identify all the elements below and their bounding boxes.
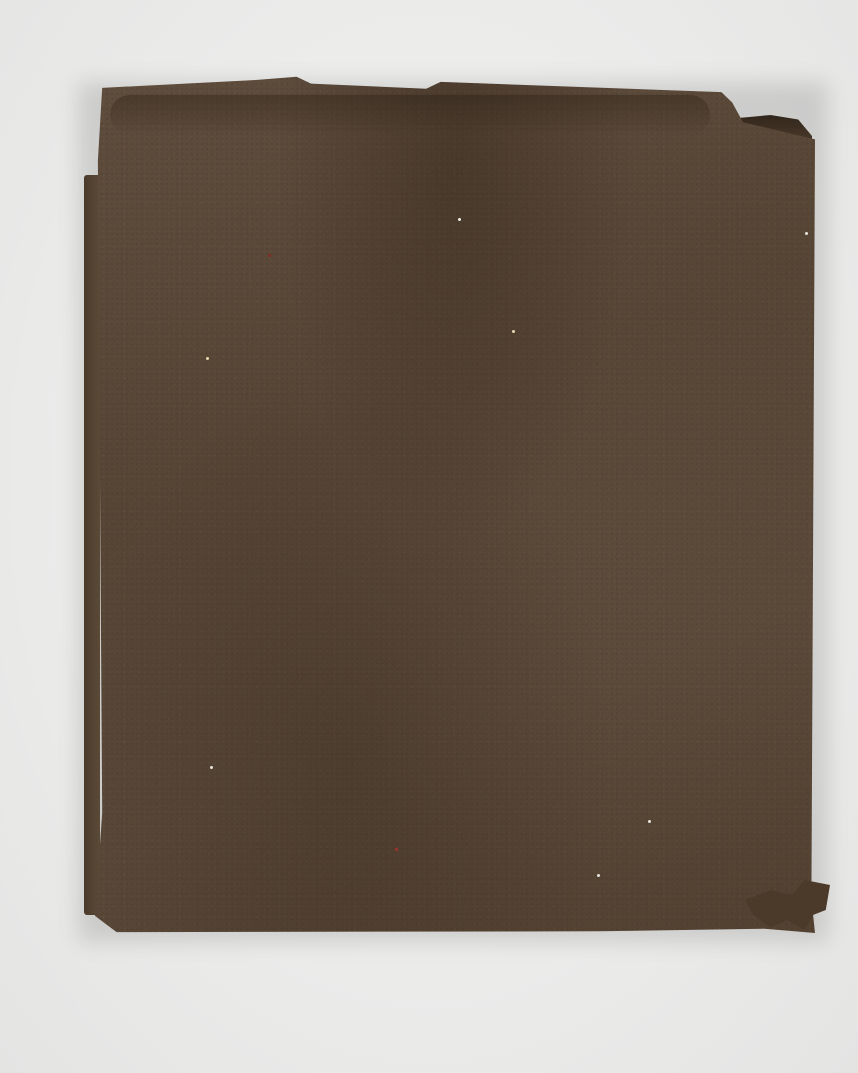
dust-speck xyxy=(206,357,209,360)
dust-speck xyxy=(458,218,461,221)
dust-speck xyxy=(512,330,515,333)
dust-speck xyxy=(597,874,600,877)
dust-speck xyxy=(395,848,398,851)
dust-speck xyxy=(805,232,808,235)
photo-scene xyxy=(0,0,858,1073)
book-back-edge xyxy=(84,175,100,915)
dust-speck xyxy=(648,820,651,823)
suede-book-cover xyxy=(95,75,815,933)
cover-top-crease xyxy=(110,95,710,135)
dust-speck xyxy=(268,254,271,257)
dust-speck xyxy=(210,766,213,769)
